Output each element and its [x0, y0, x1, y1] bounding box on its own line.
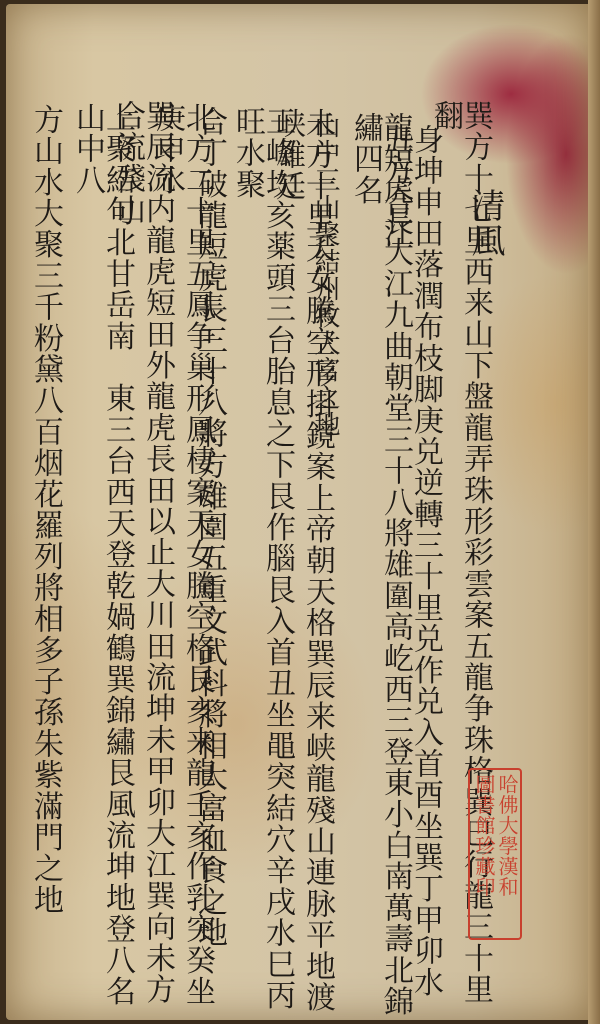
library-seal-stamp: 哈佛大學漢和 圖書館珍藏印	[468, 768, 522, 940]
text-column-10: 上聚結句北甘岳南 東三台西天登乾媧鶴巽錦繡艮風流坤地登八名山中八	[72, 102, 132, 1020]
seal-column-2: 圖書館珍藏印	[473, 774, 494, 934]
text-column-11: 方山水大聚三千粉黛八百烟花羅列將相多子孫朱紫滿門之地	[30, 104, 60, 915]
text-column-6: 三峰坎亥薬頭三台胎息之下艮作腦艮入首丑坐黽突結穴辛戌水巳丙旺水聚	[232, 106, 292, 1020]
seal-column-1: 哈佛大學漢和	[496, 774, 517, 934]
book-binding-edge	[588, 0, 600, 1024]
manuscript-page: 清風 巽方十七里西来山下盤龍弄珠形彩雲案五龍争珠格巽巳行龍三十里翻 身坤申田落潤…	[6, 4, 592, 1020]
text-column-3: 龍短虎長大江九曲朝堂三十八將雄圍高屹西三登東小白南萬壽北錦繡四名	[350, 112, 410, 1020]
